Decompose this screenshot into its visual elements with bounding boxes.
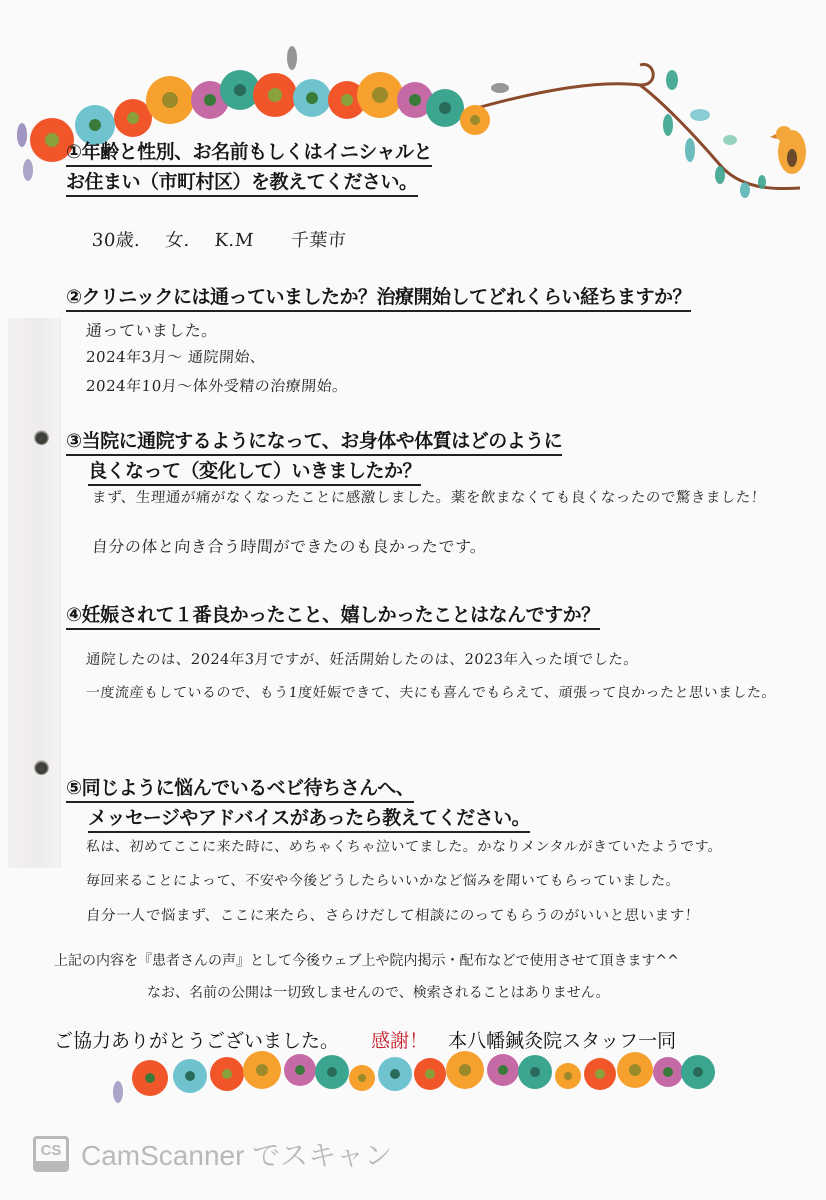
answer-2-line-1: 通っていました。 (85, 318, 219, 341)
thanks-emphasis: 感謝！ (371, 1030, 428, 1052)
answer-4-line-1: 通院したのは、2024年3月ですが、妊活開始したのは、2023年入った頃でした。 (85, 648, 639, 669)
question-5-line-2: メッセージやアドバイスがあったら教えてください。 (88, 805, 530, 833)
question-1: ①年齢と性別、お名前もしくはイニシャルと お住まい（市町村区）を教えてください。 (66, 137, 432, 197)
privacy-notice: なお、名前の公開は一切致しませんので、検索されることはありません。 (147, 982, 610, 1002)
answer-3-line-2: 自分の体と向き合う時間ができたのも良かったです。 (91, 534, 487, 557)
question-3-line-2: 良くなって（変化して）いきましたか？ (88, 458, 421, 486)
closing-line: ご協力ありがとうございました。 感謝！ 本八幡鍼灸院スタッフ一同 (54, 1026, 676, 1053)
answer-2-line-2: 2024年3月～ 通院開始、 (85, 346, 266, 367)
clinic-signature: 本八幡鍼灸院スタッフ一同 (448, 1030, 676, 1052)
question-1-line-1: ①年齢と性別、お名前もしくはイニシャルと (66, 139, 432, 167)
camscanner-logo-icon: CS (33, 1136, 69, 1172)
bottom-flower-garland (100, 1050, 740, 1110)
answer-5-line-1: 私は、初めてここに来た時に、めちゃくちゃ泣いてました。かなりメンタルがきていたよ… (85, 836, 723, 856)
answer-2-line-3: 2024年10月～体外受精の治療開始。 (85, 375, 348, 396)
question-3-line-1: ③当院に通院するようになって、お身体や体質はどのように (66, 428, 562, 456)
thanks-text: ご協力ありがとうございました。 (54, 1030, 339, 1052)
question-4-line-1: ④妊娠されて１番良かったこと、嬉しかったことはなんですか？ (66, 602, 600, 630)
question-2-line-1: ②クリニックには通っていましたか？治療開始してどれくらい経ちますか？ (66, 284, 691, 312)
answer-3-line-1: まず、生理通が痛がなくなったことに感激しました。薬を飲まなくても良くなったので驚… (91, 486, 766, 507)
question-4: ④妊娠されて１番良かったこと、嬉しかったことはなんですか？ (66, 600, 600, 630)
answer-5-line-3: 自分一人で悩まず、ここに来たら、さらけだして相談にのってもらうのがいいと思います… (85, 904, 700, 925)
binder-strip (8, 318, 61, 868)
punch-hole-top (34, 430, 49, 445)
camscanner-text: CamScanner でスキャン (81, 1134, 392, 1174)
question-1-line-2: お住まい（市町村区）を教えてください。 (66, 169, 418, 197)
answer-4-line-2: 一度流産もしているので、もう1度妊娠できて、夫にも喜んでもらえて、頑張って良かっ… (85, 682, 776, 702)
question-2: ②クリニックには通っていましたか？治療開始してどれくらい経ちますか？ (66, 282, 691, 312)
usage-notice: 上記の内容を『患者さんの声』として今後ウェブ上や院内掲示・配布などで使用させて頂… (54, 950, 679, 970)
question-5: ⑤同じように悩んでいるベビ待ちさんへ、 メッセージやアドバイスがあったら教えてく… (66, 773, 530, 833)
question-5-line-1: ⑤同じように悩んでいるベビ待ちさんへ、 (66, 775, 414, 803)
punch-hole-bottom (34, 760, 49, 775)
answer-1-line-1: 30歳. 女. K.M 千葉市 (91, 226, 347, 252)
bird-icon (770, 126, 806, 174)
camscanner-watermark: CS CamScanner でスキャン (33, 1134, 392, 1174)
question-3: ③当院に通院するようになって、お身体や体質はどのように 良くなって（変化して）い… (66, 426, 562, 486)
answer-5-line-2: 毎回来ることによって、不安や今後どうしたらいいかなど悩みを聞いてもらっていました… (85, 870, 681, 890)
